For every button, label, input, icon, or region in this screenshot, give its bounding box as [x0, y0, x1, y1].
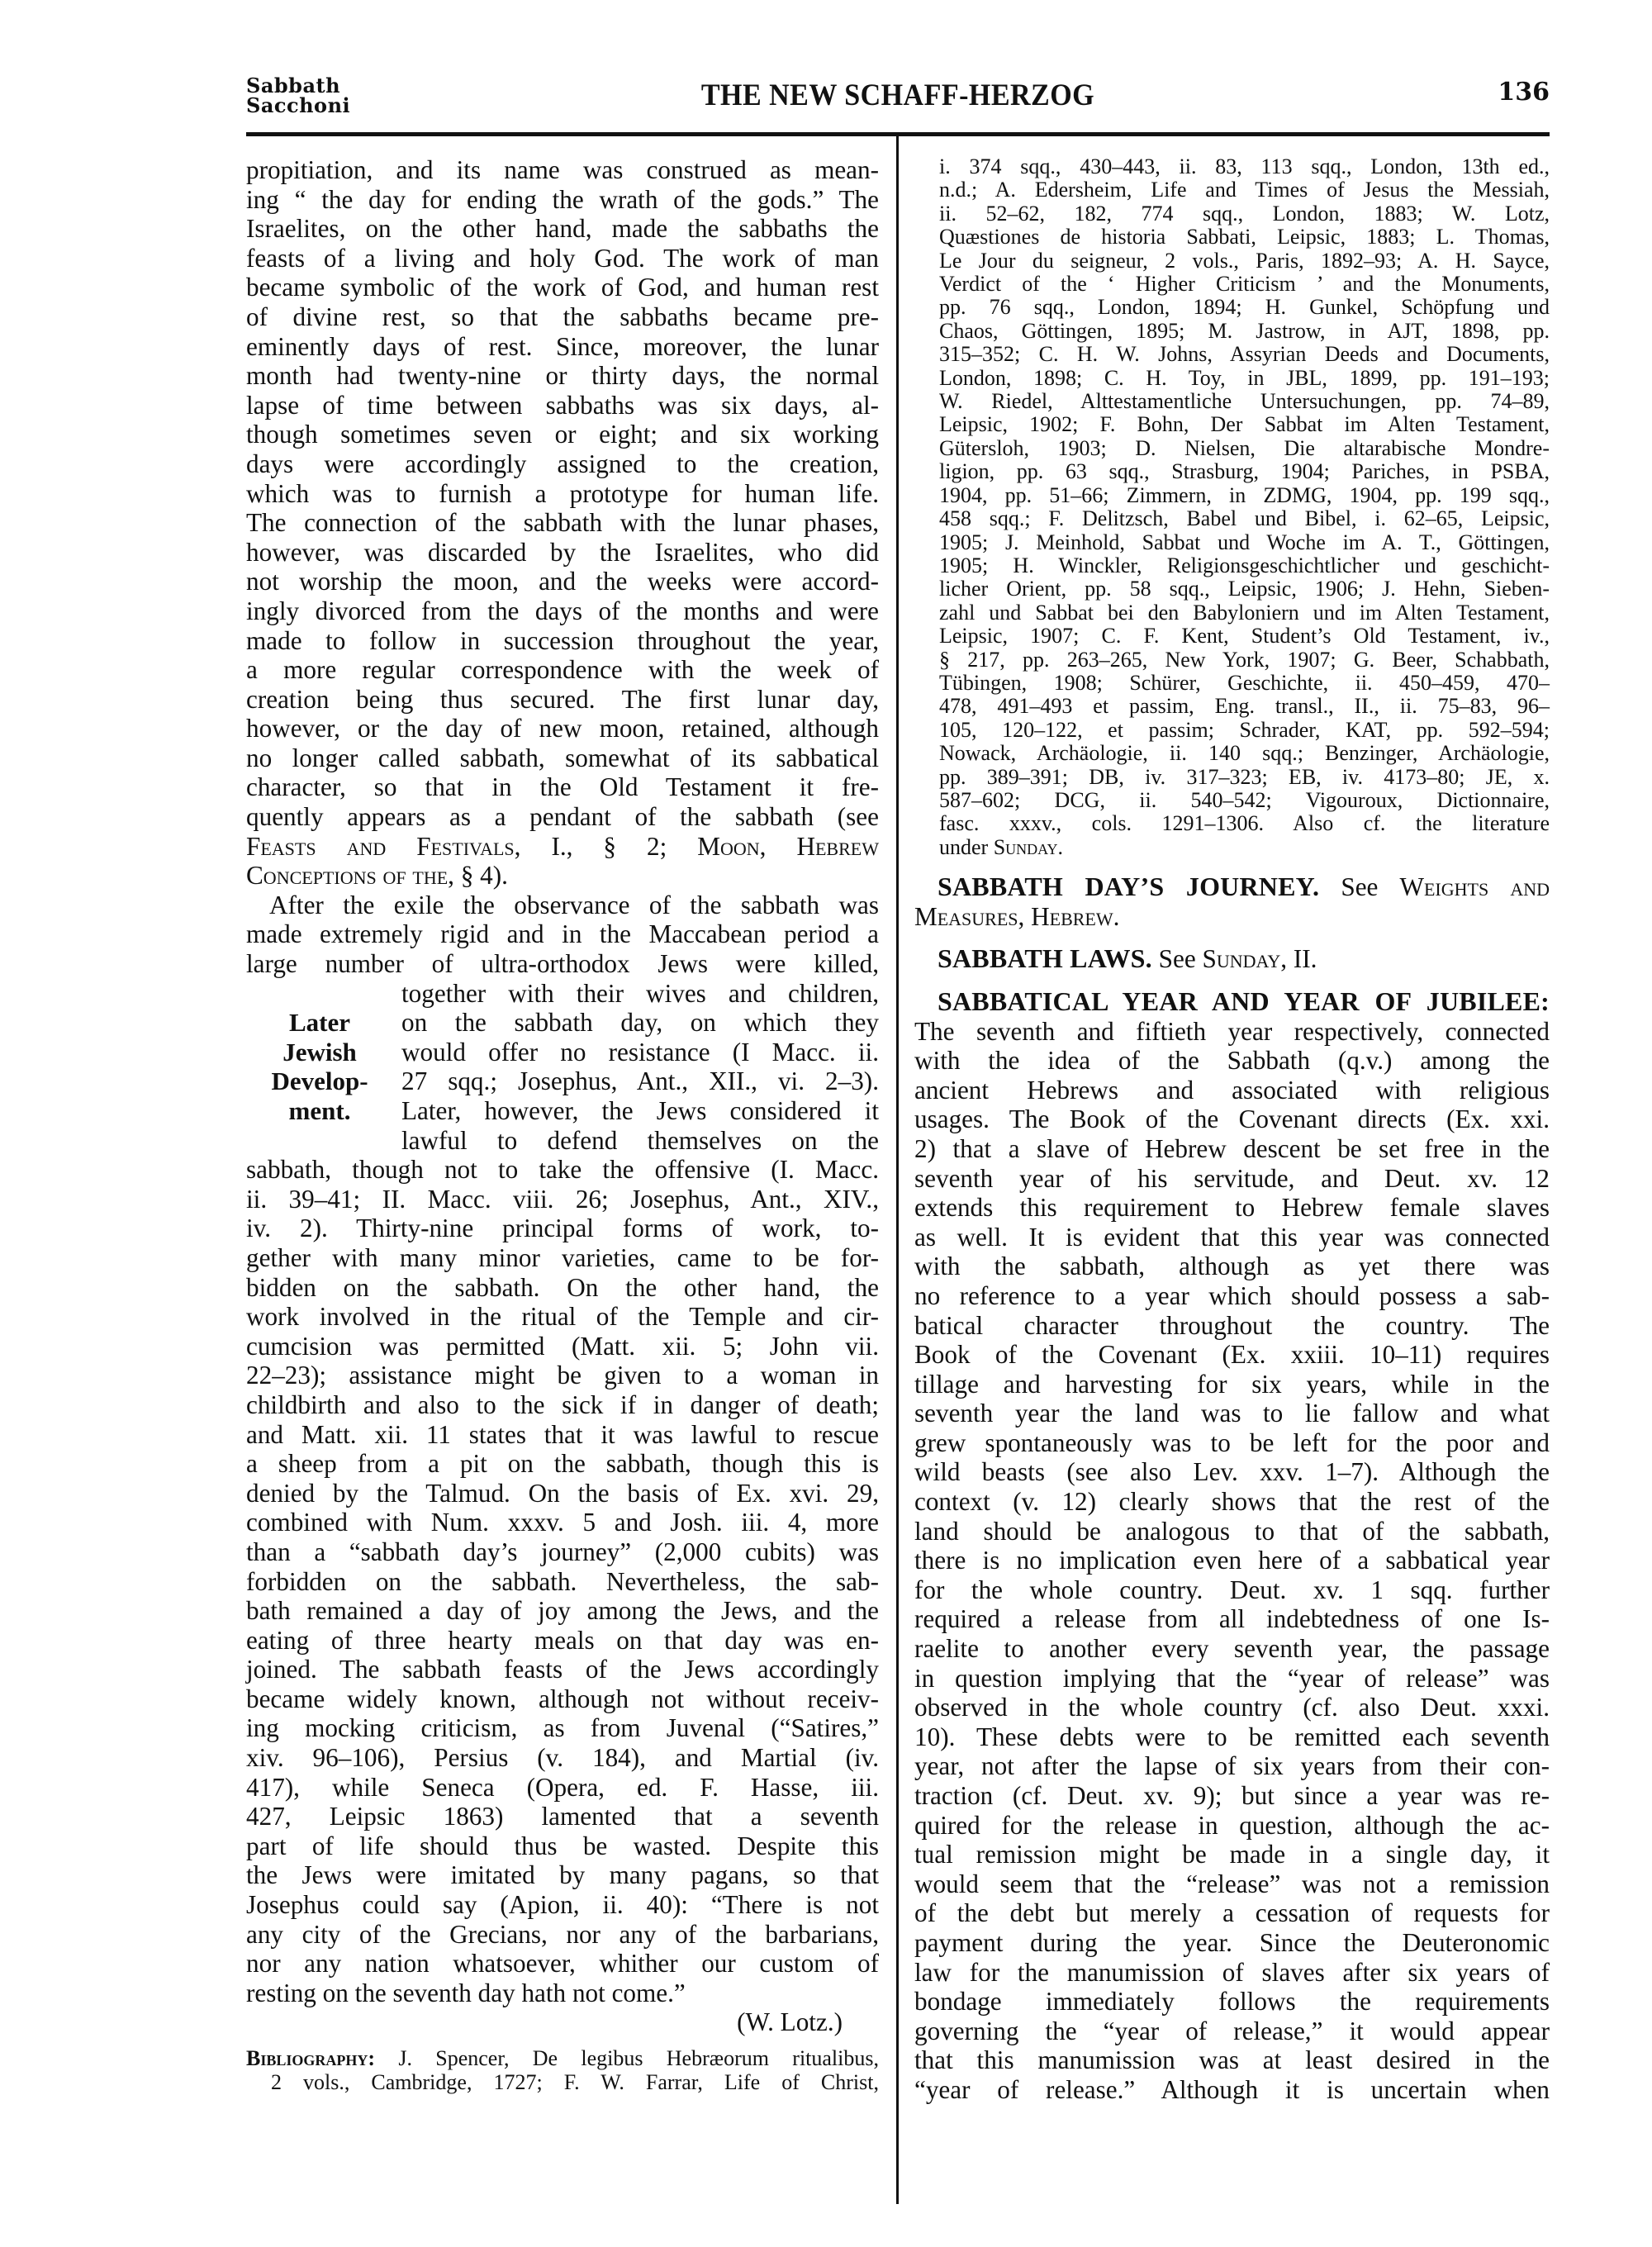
right-column: i. 374 sqq., 430–443, ii. 83, 113 sqq., … [914, 155, 1550, 2105]
text-line: Gütersloh, 1903; D. Nielsen, Die altarab… [939, 437, 1550, 460]
text-line: Leipsic, 1907; C. F. Kent, Student’s Old… [939, 625, 1550, 648]
text-line: xiv. 96–106), Persius (v. 184), and Mart… [246, 1743, 879, 1773]
text-line: cumcision was permitted (Matt. xii. 5; J… [246, 1332, 879, 1361]
text-line: bidden on the sabbath. On the other hand… [246, 1273, 879, 1303]
text-line: childbirth and also to the sick if in da… [246, 1390, 879, 1420]
text-line: tual remission might be made in a single… [914, 1840, 1550, 1869]
text-line: quired for the release in question, alth… [914, 1811, 1550, 1841]
entry-sabbath-laws: SABBATH LAWS. See Sunday, II. [914, 944, 1550, 974]
text-line: ingly divorced from the days of the mont… [246, 596, 879, 626]
text-line: Le Jour du seigneur, 2 vols., Paris, 189… [939, 249, 1550, 273]
text-line: seventh year the land was to lie fallow … [914, 1399, 1550, 1428]
text-line: made extremely rigid and in the Maccabea… [246, 919, 879, 949]
text-line: denied by the Talmud. On the basis of Ex… [246, 1479, 879, 1508]
crossref-sunday-ii: Sunday, II. [1203, 944, 1317, 973]
text-line: of the debt but merely a cessation of re… [914, 1898, 1550, 1928]
text-line: forbidden on the sabbath. Nevertheless, … [246, 1567, 879, 1597]
paragraph-lunar-phases: propitiation, and its name was construed… [246, 155, 879, 832]
entry-sabbath-days-journey: SABBATH DAY’S JOURNEY. See Weights and M… [914, 872, 1550, 931]
bibliography-start: Bibliography: J. Spencer, De legibus Heb… [246, 2047, 879, 2094]
text-line: any city of the Grecians, nor any of the… [246, 1920, 879, 1950]
text-line: joined. The sabbath feasts of the Jews a… [246, 1655, 879, 1684]
page-number: 136 [1498, 78, 1550, 107]
entry-heading: SABBATH LAWS. [938, 943, 1152, 973]
text-line: together with their wives and children, [401, 979, 879, 1009]
crossref-measures: Measures, Hebrew. [914, 902, 1550, 932]
text-line: no longer called sabbath, somewhat of it… [246, 743, 879, 773]
text-line: became widely known, although not withou… [246, 1684, 879, 1714]
text-line: feasts of a living and holy God. The wor… [246, 244, 879, 273]
text-line: with the sabbath, although as yet there … [914, 1252, 1550, 1281]
text-line: “year of release.” Although it is uncert… [914, 2075, 1550, 2105]
entry-body: The seventh and fiftieth year respective… [914, 1017, 1550, 2105]
text-line: law for the manumission of slaves after … [914, 1958, 1550, 1988]
text-line: became symbolic of the work of God, and … [246, 273, 879, 302]
text-line: quently appears as a pendant of the sabb… [246, 802, 879, 832]
column-divider [896, 132, 899, 2204]
left-column: propitiation, and its name was construed… [246, 155, 879, 2094]
text-line: of divine rest, so that the sabbaths bec… [246, 302, 879, 332]
text-line: extends this requirement to Hebrew femal… [914, 1193, 1550, 1223]
text-line: ing “ the day for ending the wrath of th… [246, 185, 879, 215]
text-line: 478, 491–493 et passim, Eng. transl., II… [939, 695, 1550, 718]
text-line: required a release from all indebtedness… [914, 1604, 1550, 1634]
crossref-feasts-moon: Feasts and Festivals, I., § 2; Moon, Heb… [246, 832, 879, 862]
text-line: nor any nation whatsoever, whither our c… [246, 1949, 879, 1979]
text-line: however, was discarded by the Israelites… [246, 538, 879, 568]
text-line: a sheep from a pit on the sabbath, thoug… [246, 1449, 879, 1479]
text-line: Later, however, the Jews considered it [401, 1096, 879, 1126]
text-line: Nowack, Archäologie, ii. 140 sqq.; Benzi… [939, 742, 1550, 765]
text-line: 427, Leipsic 1863) lamented that a seven… [246, 1802, 879, 1831]
text-line: 27 sqq.; Josephus, Ant., XII., vi. 2–3). [401, 1066, 879, 1096]
text-line: Quæstiones de historia Sabbati, Leipsic,… [939, 226, 1550, 249]
text-line: 1904, pp. 51–66; Zimmern, in ZDMG, 1904,… [939, 484, 1550, 507]
text-line: The connection of the sabbath with the l… [246, 508, 879, 538]
publication-title: THE NEW SCHAFF-HERZOG [298, 78, 1498, 113]
text-line: a more regular correspondence with the w… [246, 655, 879, 685]
text-line: which was to furnish a prototype for hum… [246, 479, 879, 509]
bibliography-label: Bibliography: [246, 2046, 375, 2070]
sidenote-block: Later Jewish Develop- ment. together wit… [246, 979, 879, 1156]
text-line: Book of the Covenant (Ex. xxiii. 10–11) … [914, 1340, 1550, 1370]
text-line: payment during the year. Since the Deute… [914, 1928, 1550, 1958]
marginal-sidenote-later-jewish-development: Later Jewish Develop- ment. [246, 1008, 393, 1125]
text-line: and Matt. xii. 11 states that it was law… [246, 1420, 879, 1450]
text-line: iv. 2). Thirty-nine principal forms of w… [246, 1214, 879, 1243]
text-line: Josephus could say (Apion, ii. 40): “The… [246, 1890, 879, 1920]
running-head: Sabbath Sacchoni THE NEW SCHAFF-HERZOG 1… [246, 73, 1550, 131]
text-line: made to follow in succession throughout … [246, 626, 879, 656]
text-line: context (v. 12) clearly shows that the r… [914, 1487, 1550, 1517]
text-line: as well. It is evident that this year wa… [914, 1223, 1550, 1252]
text-line: on the sabbath day, on which they [401, 1008, 879, 1038]
text-line: 2) that a slave of Hebrew descent be set… [914, 1134, 1550, 1164]
crossref-sunday: Sunday. [994, 835, 1063, 859]
text-line: would seem that the “release” was not a … [914, 1869, 1550, 1899]
text-line: batical character throughout the country… [914, 1311, 1550, 1341]
text-line: no reference to a year which should poss… [914, 1281, 1550, 1311]
text-line: pp. 76 sqq., London, 1894; H. Gunkel, Sc… [939, 296, 1550, 319]
text-line: lawful to defend themselves on the [401, 1126, 879, 1156]
entry-sabbatical-year: SABBATICAL YEAR AND YEAR OF JUBILEE: The… [914, 987, 1550, 2105]
bibliography-line-2: 2 vols., Cambridge, 1727; F. W. Farrar, … [246, 2071, 879, 2095]
text-line: ing mocking criticism, as from Juvenal (… [246, 1713, 879, 1743]
text-line: lapse of time between sabbaths was six d… [246, 391, 879, 420]
text-line: pp. 389–391; DB, iv. 317–323; EB, iv. 41… [939, 766, 1550, 789]
text-line: 315–352; C. H. W. Johns, Assyrian Deeds … [939, 343, 1550, 366]
text-line: grew spontaneously was to be left for th… [914, 1428, 1550, 1458]
text-line: not worship the moon, and the weeks were… [246, 567, 879, 596]
text-line: combined with Num. xxxv. 5 and Josh. iii… [246, 1508, 879, 1537]
text-line: however, or the day of new moon, retaine… [246, 714, 879, 743]
entry-heading: SABBATH DAY’S JOURNEY. [938, 872, 1319, 901]
paragraph-later-practice: sabbath, though not to take the offensiv… [246, 1155, 879, 2007]
text-line: 10). These debts were to be remitted eac… [914, 1722, 1550, 1752]
text-line: that this manumission was at least desir… [914, 2045, 1550, 2075]
text-line: observed in the whole country (cf. also … [914, 1693, 1550, 1722]
text-line: 417), while Seneca (Opera, ed. F. Hasse,… [246, 1773, 879, 1803]
text-line: fasc. xxxv., cols. 1291–1306. Also cf. t… [939, 812, 1550, 835]
author-signature: (W. Lotz.) [246, 2007, 879, 2037]
text-line: wild beasts (see also Lev. xxv. 1–7). Al… [914, 1457, 1550, 1487]
text-line: After the exile the observance of the sa… [246, 891, 879, 920]
text-line: traction (cf. Deut. xv. 9); but since a … [914, 1781, 1550, 1811]
text-line: creation being thus secured. The first l… [246, 685, 879, 715]
text-line: Leipsic, 1902; F. Bohn, Der Sabbat im Al… [939, 413, 1550, 436]
text-line: ancient Hebrews and associated with reli… [914, 1076, 1550, 1105]
text-line: there is no implication even here of a s… [914, 1546, 1550, 1575]
text-line: 22–23); assistance might be given to a w… [246, 1361, 879, 1390]
text-line: raelite to another every seventh year, t… [914, 1634, 1550, 1664]
text-line: would offer no resistance (I Macc. ii. [401, 1038, 879, 1067]
entry-heading: SABBATICAL YEAR AND YEAR OF JUBILEE: [938, 986, 1550, 1016]
text-line: seventh year of his servitude, and Deut.… [914, 1164, 1550, 1194]
text-line: 1905; J. Meinhold, Sabbat und Woche im A… [939, 531, 1550, 554]
text-line: bondage immediately follows the requirem… [914, 1987, 1550, 2017]
text-line: London, 1898; C. H. Toy, in JBL, 1899, p… [939, 367, 1550, 390]
text-line: resting on the seventh day hath not come… [246, 1979, 879, 2008]
bibliography-last-line: under Sunday. [914, 836, 1550, 859]
text-line: 458 sqq.; F. Delitzsch, Babel und Bibel,… [939, 507, 1550, 530]
text-line: eminently days of rest. Since, moreover,… [246, 332, 879, 362]
text-line: eating of three hearty meals on that day… [246, 1626, 879, 1656]
text-line: Israelites, on the other hand, made the … [246, 214, 879, 244]
text-line: days were accordingly assigned to the cr… [246, 449, 879, 479]
text-line: Verdict of the ‘ Higher Criticism ’ and … [939, 273, 1550, 296]
text-line: licher Orient, pp. 58 sqq., Leipsic, 190… [939, 577, 1550, 601]
text-line: month had twenty-nine or thirty days, th… [246, 361, 879, 391]
text-line: Tübingen, 1908; Schürer, Geschichte, ii.… [939, 672, 1550, 695]
text-line: zahl und Sabbat bei den Babyloniern und … [939, 601, 1550, 625]
crossref-weights: Weights and [1400, 872, 1550, 901]
text-line: gether with many minor varieties, came t… [246, 1243, 879, 1273]
text-line: bath remained a day of joy among the Jew… [246, 1596, 879, 1626]
text-line: though sometimes seven or eight; and six… [246, 420, 879, 449]
text-line: for the whole country. Deut. xv. 1 sqq. … [914, 1575, 1550, 1605]
text-line: 587–602; DCG, ii. 540–542; Vigouroux, Di… [939, 789, 1550, 812]
text-line: governing the “year of release,” it woul… [914, 2017, 1550, 2046]
text-line: year, not after the lapse of six years f… [914, 1751, 1550, 1781]
text-line: 1905; H. Winckler, Religionsgeschichtlic… [939, 554, 1550, 577]
text-line: than a “sabbath day’s journey” (2,000 cu… [246, 1537, 879, 1567]
text-line: large number of ultra-orthodox Jews were… [246, 949, 879, 979]
text-line: part of life should thus be wasted. Desp… [246, 1831, 879, 1861]
text-line: in question implying that the “year of r… [914, 1664, 1550, 1694]
document-page: Sabbath Sacchoni THE NEW SCHAFF-HERZOG 1… [246, 0, 1550, 2247]
paragraph-after-exile: After the exile the observance of the sa… [246, 891, 879, 979]
text-line: n.d.; A. Edersheim, Life and Times of Je… [939, 178, 1550, 202]
text-line: usages. The Book of the Covenant directs… [914, 1104, 1550, 1134]
text-line: ligion, pp. 63 sqq., Strasburg, 1904; Pa… [939, 460, 1550, 483]
crossref-moon-conceptions: Conceptions of the, § 4). [246, 861, 879, 891]
text-line: 105, 120–122, et passim; Schrader, KAT, … [939, 719, 1550, 742]
text-line: land should be analogous to that of the … [914, 1517, 1550, 1546]
bibliography-line-1: Bibliography: J. Spencer, De legibus Heb… [246, 2047, 879, 2071]
text-line: ii. 52–62, 182, 774 sqq., London, 1883; … [939, 202, 1550, 226]
text-line: ii. 39–41; II. Macc. viii. 26; Josephus,… [246, 1185, 879, 1214]
text-line: § 217, pp. 263–265, New York, 1907; G. B… [939, 648, 1550, 672]
text-line: W. Riedel, Alttestamentliche Untersuchun… [939, 390, 1550, 413]
text-line: with the idea of the Sabbath (q.v.) amon… [914, 1046, 1550, 1076]
text-line: work involved in the ritual of the Templ… [246, 1302, 879, 1332]
text-line: The seventh and fiftieth year respective… [914, 1017, 1550, 1047]
bibliography-continued: i. 374 sqq., 430–443, ii. 83, 113 sqq., … [914, 155, 1550, 836]
text-line: propitiation, and its name was construed… [246, 155, 879, 185]
text-line: the Jews were imitated by many pagans, s… [246, 1860, 879, 1890]
text-line: i. 374 sqq., 430–443, ii. 83, 113 sqq., … [939, 155, 1550, 178]
text-line: sabbath, though not to take the offensiv… [246, 1155, 879, 1185]
text-line: character, so that in the Old Testament … [246, 772, 879, 802]
text-line: Chaos, Göttingen, 1895; M. Jastrow, in A… [939, 320, 1550, 343]
text-line: tillage and harvesting for six years, wh… [914, 1370, 1550, 1399]
